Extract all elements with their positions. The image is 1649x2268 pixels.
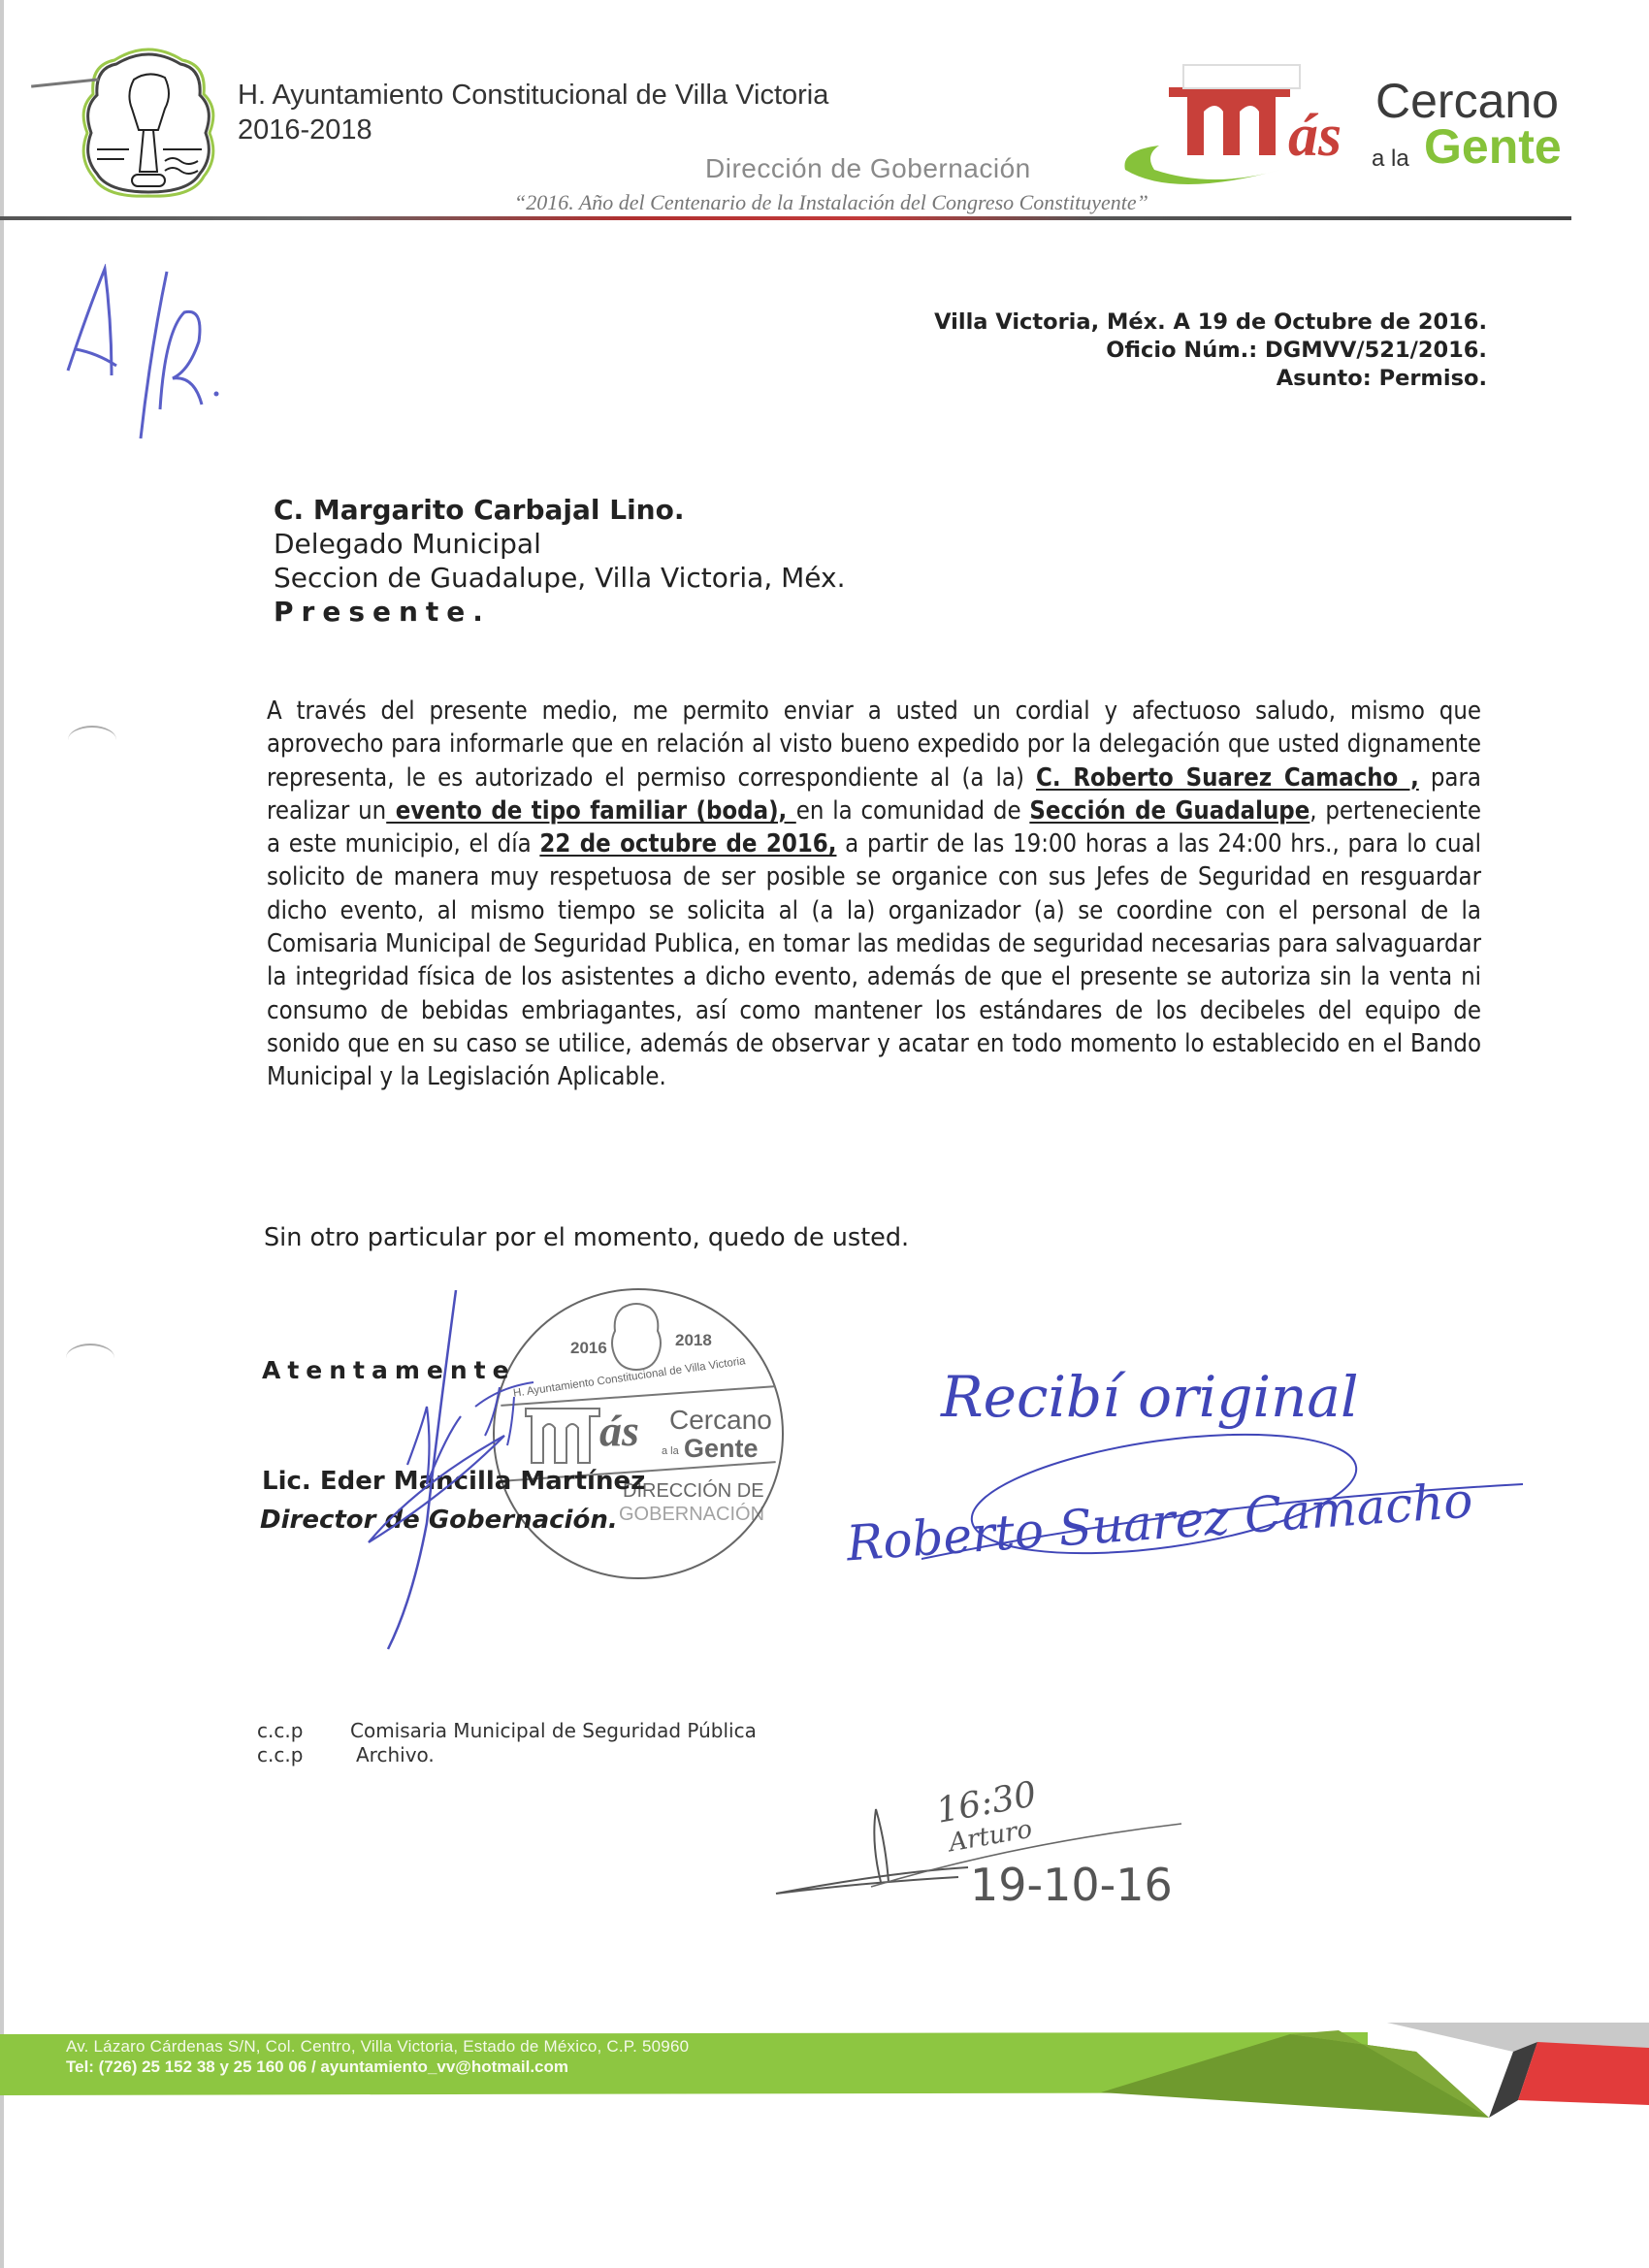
cc-item: c.c.pComisaria Municipal de Seguridad Pú… — [257, 1719, 757, 1743]
scan-edge-shadow — [0, 0, 4, 2268]
recipient-handwritten-name: Roberto Suarez Camacho — [845, 1473, 1474, 1572]
receipt-date: 19-10-16 — [970, 1859, 1173, 1911]
carbon-copy-list: c.c.pComisaria Municipal de Seguridad Pú… — [257, 1719, 757, 1767]
municipal-crest-logo — [76, 41, 221, 201]
brand-gente: Gente — [1424, 118, 1562, 175]
signer-role: Director de Gobernación. — [260, 1506, 618, 1535]
department-name: Dirección de Gobernación — [705, 153, 1031, 184]
addressee-location: Seccion de Guadalupe, Villa Victoria, Mé… — [274, 561, 845, 595]
cc-item: c.c.pArchivo. — [257, 1743, 757, 1767]
closing-line: Sin otro particular por el momento, qued… — [264, 1223, 909, 1252]
signer-name: Lic. Eder Mancilla Martínez — [262, 1467, 645, 1496]
organization-name: H. Ayuntamiento Constitucional de Villa … — [238, 80, 828, 112]
place-and-date: Villa Victoria, Méx. A 19 de Octubre de … — [934, 308, 1487, 337]
stamp-brand-mas: ás — [599, 1405, 639, 1456]
stamp-dept-line2: GOBERNACIÓN — [619, 1504, 764, 1526]
atentamente-label: Atentamente — [262, 1356, 516, 1384]
stamp-brand-gente: Gente — [684, 1434, 759, 1464]
official-seal-stamp: 2016 2018 H. Ayuntamiento Constitucional… — [493, 1288, 784, 1579]
oficio-number: Oficio Núm.: DGMVV/521/2016. — [934, 337, 1487, 365]
header-divider — [0, 216, 1571, 220]
administration-period: 2016-2018 — [238, 114, 372, 146]
stamp-brand-arches-icon — [524, 1399, 601, 1467]
event-type: evento de tipo familiar (boda), — [386, 796, 796, 826]
body-text-segment: a partir de las 19:00 horas a las 24:00 … — [267, 829, 1481, 1091]
hole-punch-mark — [66, 1344, 114, 1373]
brand-a-la: a la — [1372, 146, 1409, 173]
community-name: Sección de Guadalupe — [1029, 796, 1309, 826]
svg-text:ás: ás — [1288, 103, 1342, 169]
letter-body-paragraph: A través del presente medio, me permito … — [267, 695, 1481, 1094]
addressee-name: C. Margarito Carbajal Lino. — [274, 493, 845, 527]
footer-contact: Tel: (726) 25 152 38 y 25 160 06 / ayunt… — [66, 2057, 568, 2077]
year-motto: “2016. Año del Centenario de la Instalac… — [514, 190, 1148, 215]
handwritten-initials-ar — [58, 264, 233, 448]
received-original-text: Recibí original — [940, 1364, 1359, 1430]
beneficiary-name: C. Roberto Suarez Camacho , — [1036, 763, 1419, 793]
presente-greeting: Presente. — [274, 595, 845, 629]
stamp-year-left: 2016 — [570, 1339, 607, 1358]
stamp-brand-cercano: Cercano — [669, 1405, 772, 1436]
footer-address: Av. Lázaro Cárdenas S/N, Col. Centro, Vi… — [66, 2037, 689, 2057]
hole-punch-mark — [68, 726, 116, 755]
date-reference-block: Villa Victoria, Méx. A 19 de Octubre de … — [934, 308, 1487, 393]
addressee-block: C. Margarito Carbajal Lino. Delegado Mun… — [274, 493, 845, 629]
event-date: 22 de octubre de 2016, — [539, 829, 836, 859]
body-text-segment: en la comunidad de — [796, 796, 1030, 826]
stamp-crest-icon — [609, 1302, 663, 1372]
addressee-title: Delegado Municipal — [274, 527, 845, 561]
subject: Asunto: Permiso. — [934, 365, 1487, 393]
stamp-year-right: 2018 — [675, 1331, 712, 1350]
stamp-brand-a-la: a la — [662, 1445, 679, 1457]
